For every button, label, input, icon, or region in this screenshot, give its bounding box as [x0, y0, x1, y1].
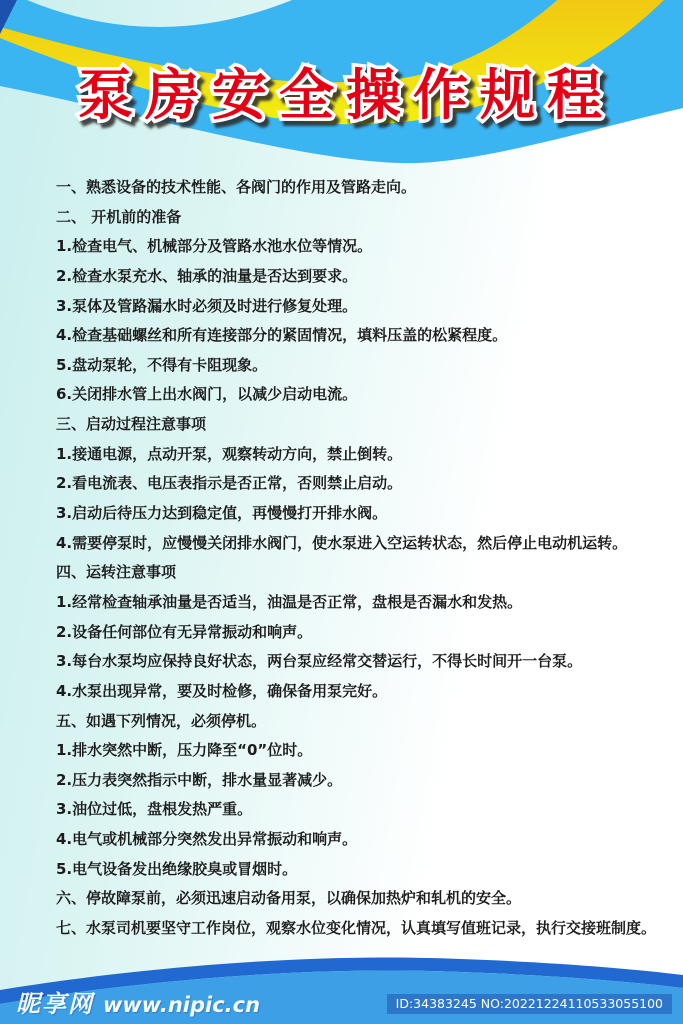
procedure-line: 1.排水突然中断，压力降至“0”位时。	[56, 736, 663, 766]
procedure-line: 4.水泵出现异常，要及时检修，确保备用泵完好。	[56, 677, 663, 707]
procedure-line: 4.检查基础螺丝和所有连接部分的紧固情况，填料压盖的松紧程度。	[56, 321, 663, 351]
procedure-line: 1.检查电气、机械部分及管路水池水位等情况。	[56, 232, 663, 262]
section-heading: 六、停故障泵前，必须迅速启动备用泵，以确保加热炉和轧机的安全。	[56, 884, 663, 914]
procedure-line: 3.油位过低，盘根发热严重。	[56, 795, 663, 825]
procedure-list: 一、熟悉设备的技术性能、各阀门的作用及管路走向。 二、 开机前的准备 1.检查电…	[56, 173, 663, 944]
procedure-line: 3.泵体及管路漏水时必须及时进行修复处理。	[56, 292, 663, 322]
procedure-line: 1.经常检查轴承油量是否适当，油温是否正常，盘根是否漏水和发热。	[56, 588, 663, 618]
procedure-line: 5.电气设备发出绝缘胶臭或冒烟时。	[56, 855, 663, 885]
site-watermark: 昵享网 www.nipic.cn	[16, 984, 260, 1019]
procedure-line: 1.接通电源，点动开泵，观察转动方向，禁止倒转。	[56, 440, 663, 470]
section-heading: 五、如遇下列情况，必须停机。	[56, 707, 663, 737]
safety-procedure-poster: 泵房安全操作规程 一、熟悉设备的技术性能、各阀门的作用及管路走向。 二、 开机前…	[0, 0, 683, 1024]
site-name-logo: 昵享网	[16, 984, 94, 1019]
procedure-line: 2.压力表突然指示中断，排水量显著减少。	[56, 766, 663, 796]
procedure-line: 2.检查水泵充水、轴承的油量是否达到要求。	[56, 262, 663, 292]
section-heading: 一、熟悉设备的技术性能、各阀门的作用及管路走向。	[56, 173, 663, 203]
procedure-line: 2.看电流表、电压表指示是否正常，否则禁止启动。	[56, 469, 663, 499]
image-id-badge: ID:34383245 NO:20221224110533055100	[387, 994, 672, 1014]
procedure-line: 3.启动后待压力达到稳定值，再慢慢打开排水阀。	[56, 499, 663, 529]
poster-title: 泵房安全操作规程	[78, 63, 614, 127]
section-heading: 四、运转注意事项	[56, 558, 663, 588]
procedure-line: 6.关闭排水管上出水阀门，以减少启动电流。	[56, 380, 663, 410]
procedure-line: 5.盘动泵轮，不得有卡阻现象。	[56, 351, 663, 381]
section-heading: 三、启动过程注意事项	[56, 410, 663, 440]
site-url: www.nipic.cn	[103, 993, 260, 1017]
section-heading: 二、 开机前的准备	[56, 203, 663, 233]
footer: 昵享网 www.nipic.cn ID:34383245 NO:20221224…	[0, 952, 683, 1024]
procedure-line: 3.每台水泵均应保持良好状态，两台泵应经常交替运行，不得长时间开一台泵。	[56, 647, 663, 677]
procedure-line: 4.需要停泵时，应慢慢关闭排水阀门，使水泵进入空运转状态，然后停止电动机运转。	[56, 529, 663, 559]
procedure-line: 4.电气或机械部分突然发出异常振动和响声。	[56, 825, 663, 855]
procedure-line: 2.设备任何部位有无异常振动和响声。	[56, 618, 663, 648]
